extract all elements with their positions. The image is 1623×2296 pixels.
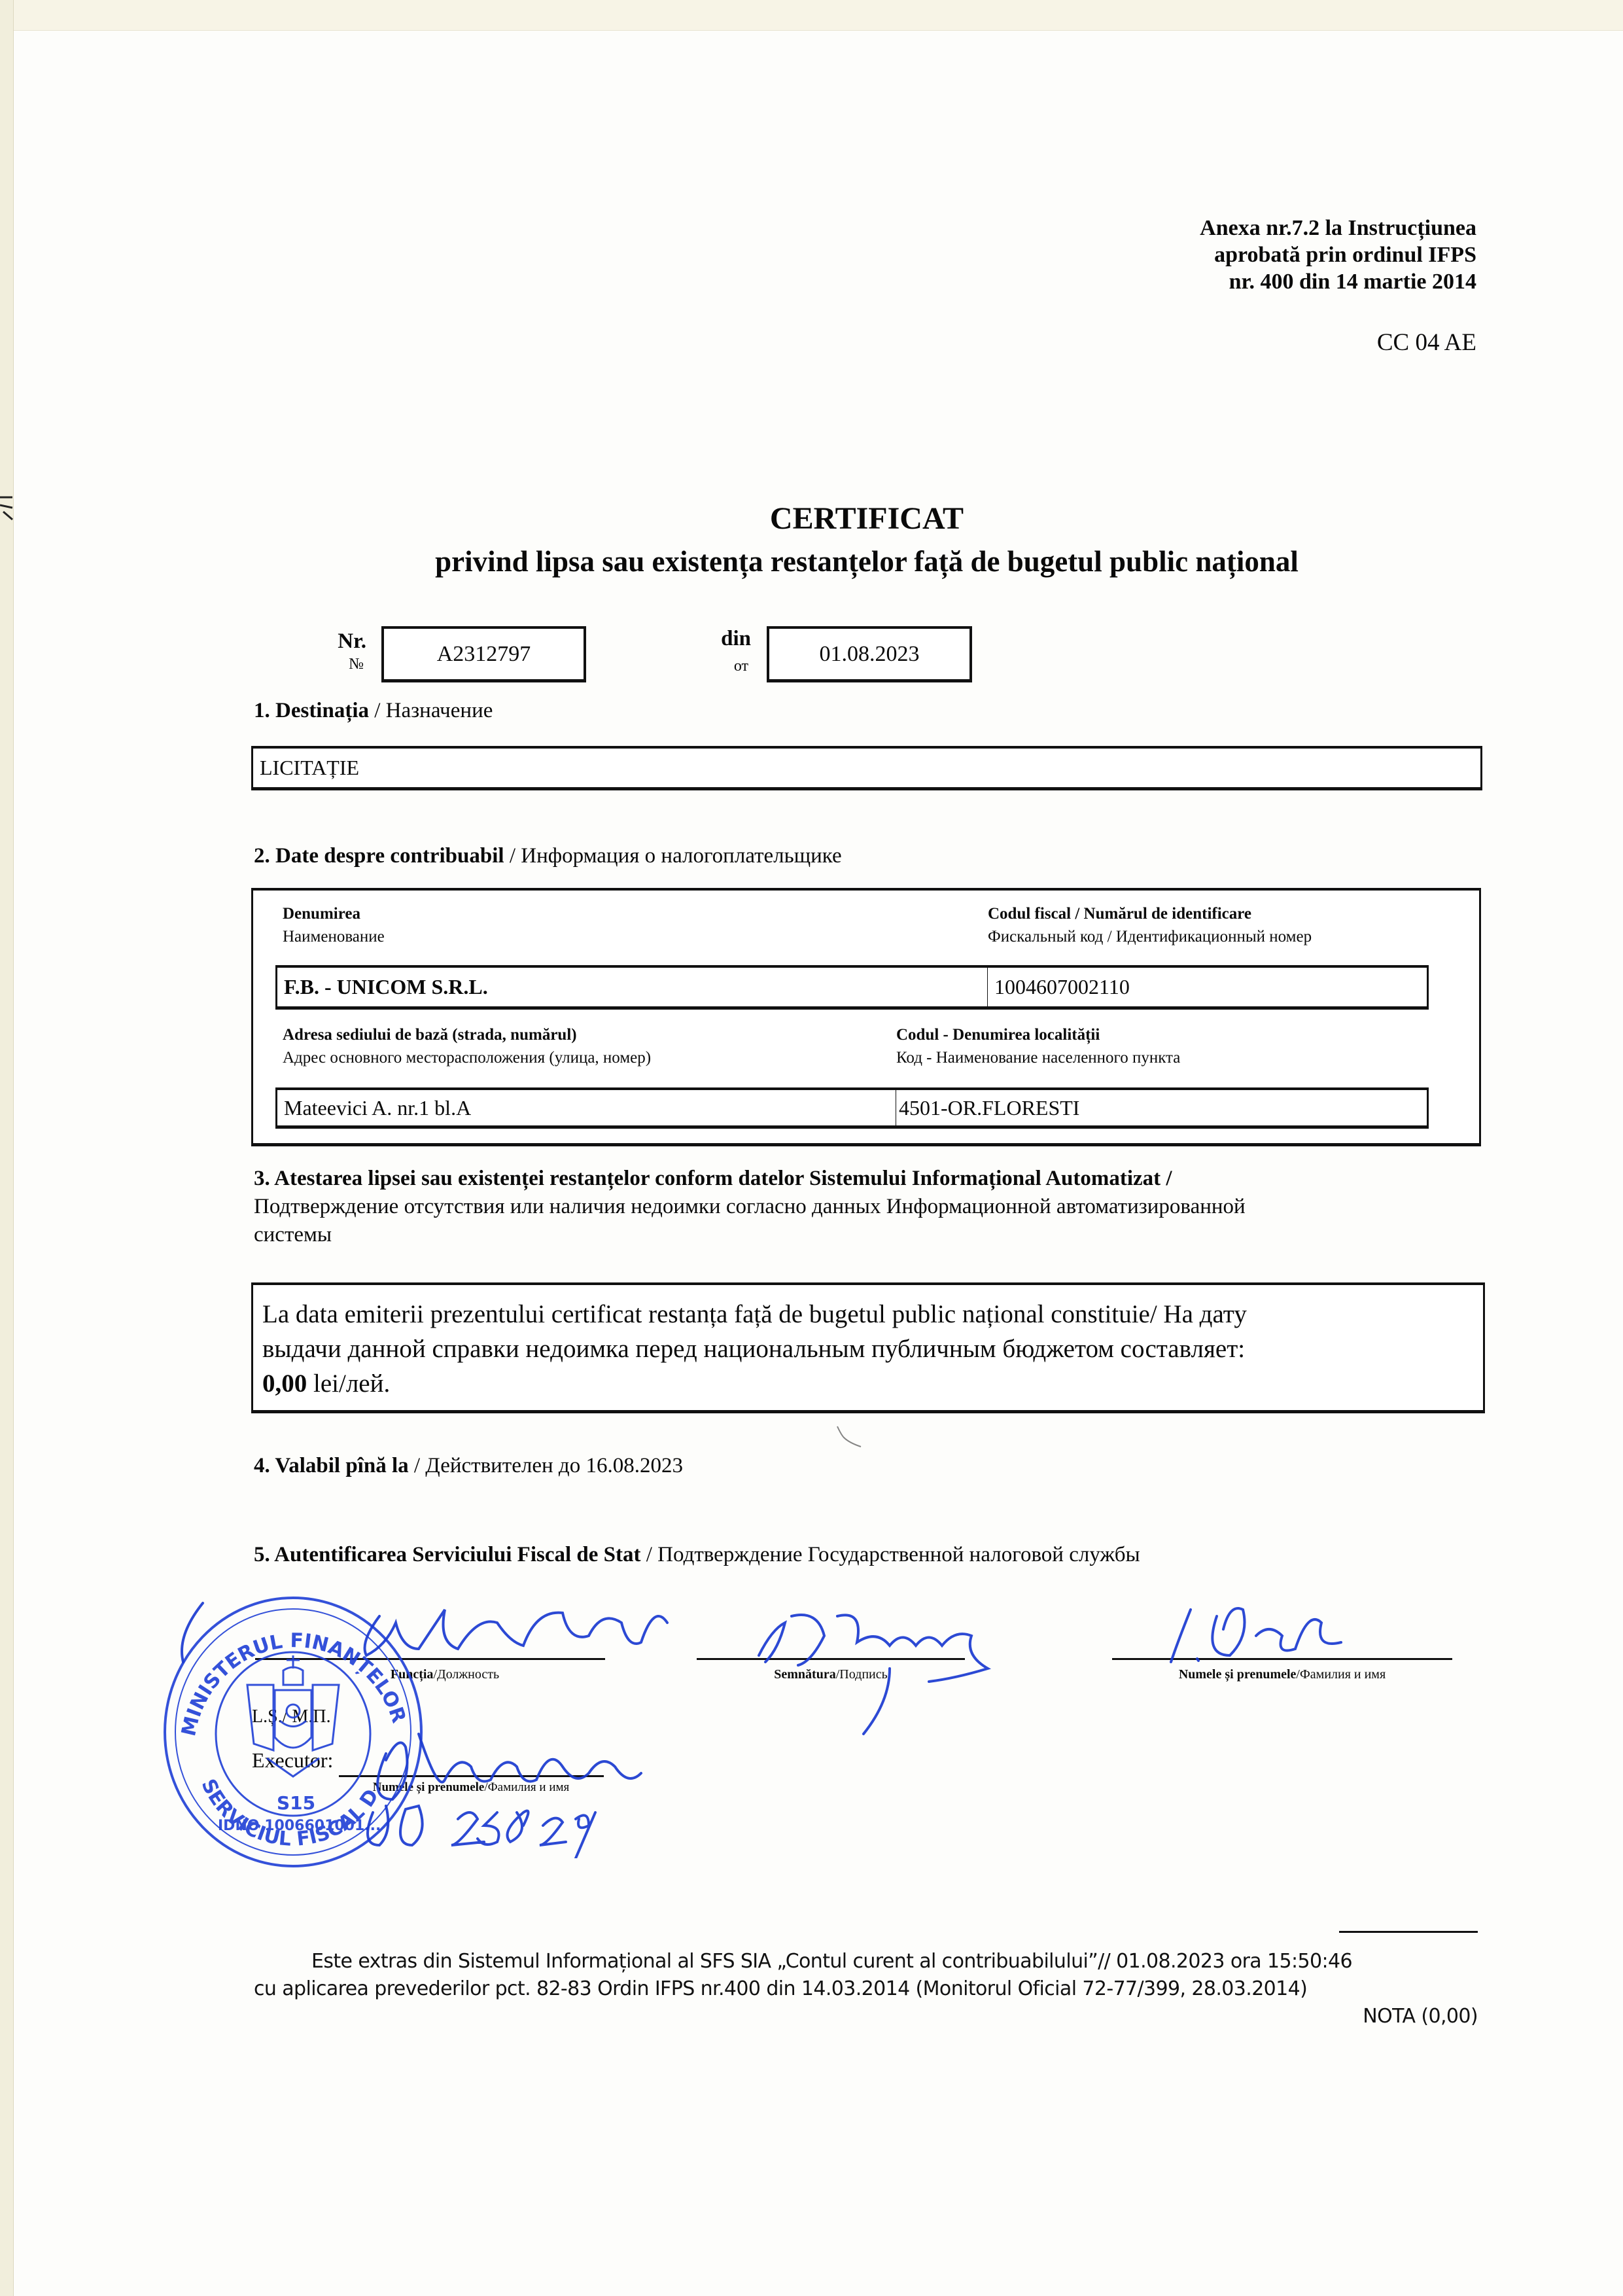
form-code: CC 04 AE (1377, 328, 1476, 357)
section-4-title-ro: 4. Valabil pînă la (254, 1454, 409, 1477)
section-5-title-ru: / Подтверждение Государственной налогово… (641, 1543, 1140, 1566)
section-5-title-ro: 5. Autentificarea Serviciului Fiscal de … (254, 1543, 641, 1566)
annex-line: aprobată prin ordinul IFPS (1200, 241, 1476, 268)
annex-reference: Anexa nr.7.2 la Instrucțiunea aprobată p… (1200, 215, 1476, 295)
section-1-title: 1. Destinația / Назначение (254, 699, 493, 723)
date-label-ru: от (700, 658, 748, 675)
stamp-code: S15 (277, 1792, 315, 1814)
number-label-ro: Nr. (321, 629, 366, 654)
issue-date-field: 01.08.2023 (767, 626, 972, 682)
taxpayer-name-field: F.B. - UNICOM S.R.L. (275, 965, 988, 1010)
section-2-title: 2. Date despre contribuabil / Информация… (254, 844, 842, 868)
scan-border-top (0, 0, 1623, 31)
arrears-amount-value: 0,00 (262, 1369, 307, 1398)
official-stamp: MINISTERUL FINANȚELOR AL REPUBLICII MOLD… (156, 1587, 430, 1875)
footer-extract-line-1: Este extras din Sistemul Informațional a… (311, 1950, 1352, 1973)
fiscal-code-value: 1004607002110 (994, 975, 1130, 999)
valid-until-date: 16.08.2023 (585, 1454, 683, 1477)
name-label-ru: Наименование (283, 928, 385, 946)
arrears-statement-box: La data emiterii prezentului certificat … (251, 1282, 1485, 1413)
scan-border-left (0, 0, 14, 2296)
signature-line (697, 1658, 965, 1660)
locality-label-ro: Codul - Denumirea localității (896, 1026, 1100, 1044)
document-title: CERTIFICAT (0, 501, 1623, 537)
fiscal-code-field: 1004607002110 (987, 965, 1429, 1010)
statement-line-2: выдачи данной справки недоимка перед нац… (262, 1332, 1474, 1366)
destination-value: LICITAȚIE (260, 756, 359, 780)
section-4-title: 4. Valabil pînă la / Действителен до 16.… (254, 1454, 683, 1478)
section-2-title-ro: 2. Date despre contribuabil (254, 844, 504, 868)
address-field: Mateevici A. nr.1 bl.A (275, 1087, 897, 1129)
annex-line: Anexa nr.7.2 la Instrucțiunea (1200, 215, 1476, 241)
destination-field: LICITAȚIE (251, 746, 1482, 790)
coat-of-arms-icon (247, 1655, 339, 1776)
address-label-ru: Адрес основного месторасположения (улица… (283, 1049, 651, 1067)
stamp-idno: IDNO 1006601001... (218, 1818, 381, 1834)
arrears-amount: 0,00 lei/лей. (262, 1366, 1474, 1401)
certificate-number-field: A2312797 (381, 626, 586, 682)
section-1-title-ru: / Назначение (369, 699, 493, 722)
name-caption-ro: Numele și prenumele (1179, 1667, 1297, 1682)
section-2-title-ru: / Информация о налогоплательщике (504, 844, 842, 868)
fiscal-code-label-ro: Codul fiscal / Numărul de identificare (988, 905, 1251, 923)
function-caption-ru: /Должность (433, 1667, 499, 1682)
signature-caption: Semnătura/Подпись (720, 1667, 942, 1682)
locality-label-ru: Код - Наименование населенного пункта (896, 1049, 1180, 1067)
locality-value: 4501-OR.FLORESTI (899, 1096, 1079, 1120)
executor-caption-ru: /Фамилия и имя (484, 1780, 569, 1794)
section-3-title-ru-line1: Подтверждение отсутствия или наличия нед… (254, 1193, 1246, 1221)
address-label-ro: Adresa sediului de bază (strada, numărul… (283, 1026, 577, 1044)
address-value: Mateevici A. nr.1 bl.A (284, 1096, 471, 1120)
footer-rule (1339, 1931, 1478, 1933)
section-3-title-ro: 3. Atestarea lipsei sau existenței resta… (254, 1165, 1246, 1193)
taxpayer-name-value: F.B. - UNICOM S.R.L. (284, 975, 488, 999)
name-line (1112, 1658, 1452, 1660)
statement-line-1: La data emiterii prezentului certificat … (262, 1297, 1474, 1332)
name-label-ro: Denumirea (283, 905, 360, 923)
scan-speck (798, 1423, 883, 1456)
section-3-title-ru-line2: системы (254, 1221, 1246, 1249)
date-label-ro: din (700, 627, 751, 651)
number-label-ru: № (321, 656, 364, 673)
footer-nota: NOTA (0,00) (1363, 2005, 1478, 2028)
section-3-title: 3. Atestarea lipsei sau existenței resta… (254, 1165, 1246, 1249)
name-caption: Numele și prenumele/Фамилия и имя (1138, 1667, 1426, 1682)
arrears-currency: lei/лей. (307, 1369, 390, 1398)
fiscal-code-label-ru: Фискальный код / Идентификационный номер (988, 928, 1312, 946)
footer-extract-line-2: cu aplicarea prevederilor pct. 82-83 Ord… (254, 1977, 1307, 2000)
annex-line: nr. 400 din 14 martie 2014 (1200, 268, 1476, 295)
signature-caption-ro: Semnătura (774, 1667, 835, 1682)
name-caption-ru: /Фамилия и имя (1296, 1667, 1386, 1682)
locality-field: 4501-OR.FLORESTI (896, 1087, 1429, 1129)
section-5-title: 5. Autentificarea Serviciului Fiscal de … (254, 1543, 1140, 1567)
section-1-title-ro: 1. Destinația (254, 699, 369, 722)
section-4-title-ru: / Действителен до (409, 1454, 586, 1477)
document-subtitle: privind lipsa sau existența restanțelor … (0, 544, 1623, 578)
signature-caption-ru: /Подпись (836, 1667, 888, 1682)
